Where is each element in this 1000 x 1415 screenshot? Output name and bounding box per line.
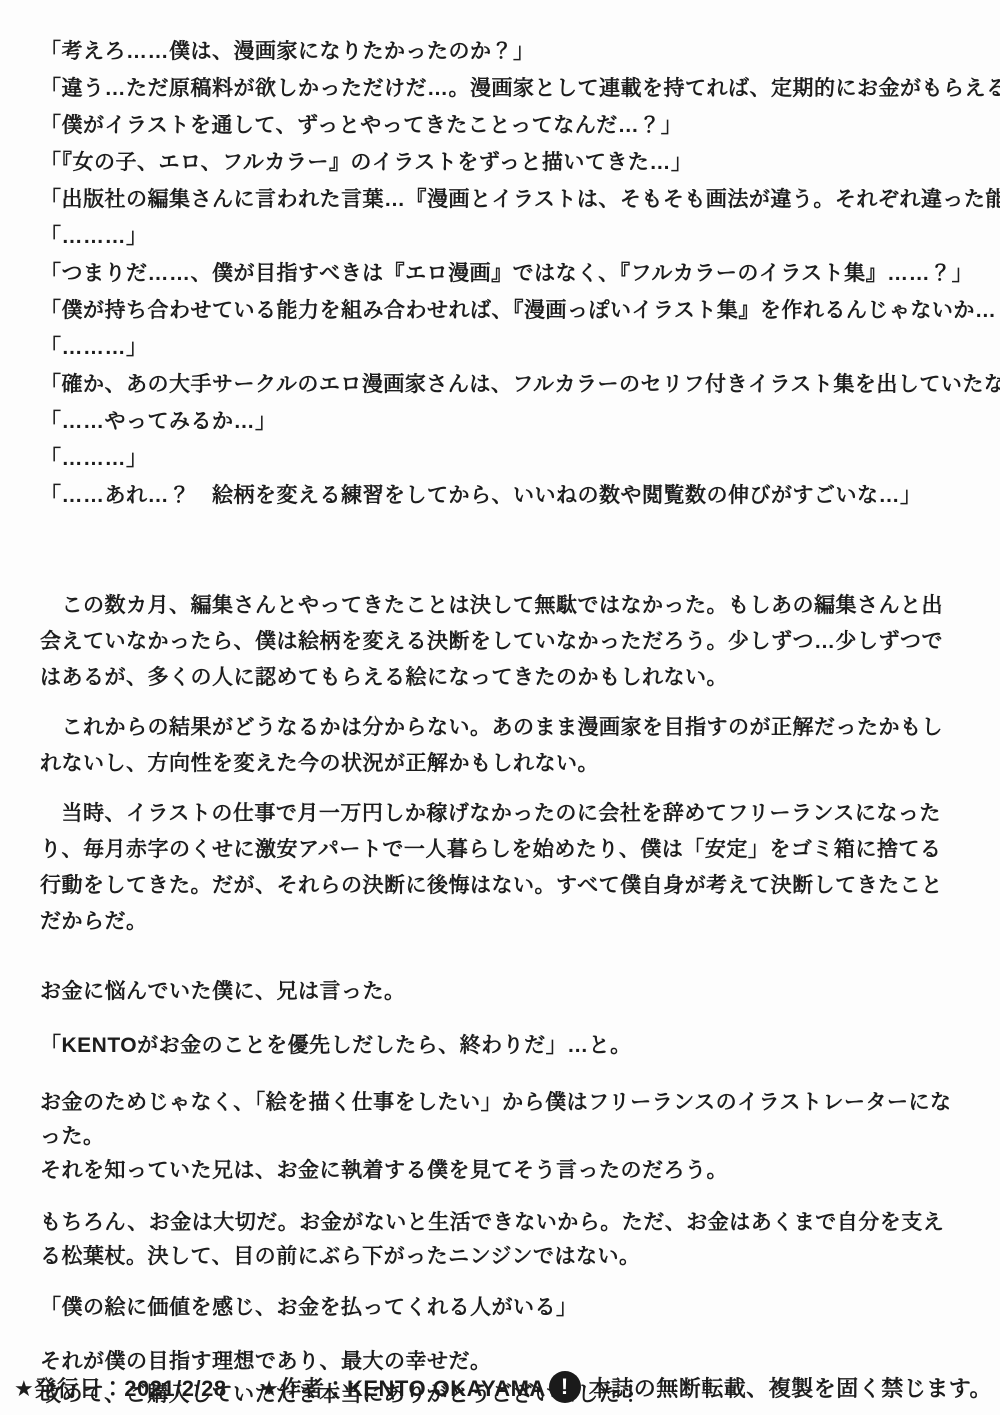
monologue-section: 「考えろ……僕は、漫画家になりたかったのか？」 「違う…ただ原稿料が欲しかっただ… [40,33,960,514]
publication-info: ★発行日：2021/2/28 ★作者：KENTO OKAYAMA [14,1372,546,1403]
brother-quote-line: 「KENTOがお金のことを優先しだしたら、終わりだ」…と。 [40,1028,960,1064]
copyright-warning: ! 本誌の無断転載、複製を固く禁じます。 [549,1371,992,1403]
exclamation-glyph: ! [561,1374,569,1400]
monologue-line-1: 「考えろ……僕は、漫画家になりたかったのか？」 [40,33,960,70]
monologue-line-9: 「………」 [40,329,960,366]
reflection-paragraph-3: 当時、イラストの仕事で月一万円しか稼げなかったのに会社を辞めてフリーランスになっ… [40,796,960,940]
monologue-line-10: 「確か、あの大手サークルのエロ漫画家さんは、フルカラーのセリフ付きイラスト集を出… [40,366,960,403]
freelance-reason-line: お金のためじゃなく、「絵を描く仕事をしたい」から僕はフリーランスのイラストレータ… [40,1086,960,1154]
monologue-line-6: 「………」 [40,218,960,255]
page-footer: ★発行日：2021/2/28 ★作者：KENTO OKAYAMA ! 本誌の無断… [14,1371,992,1403]
author-label: ★作者：KENTO OKAYAMA [259,1372,546,1403]
reflection-paragraph-1: この数カ月、編集さんとやってきたことは決して無駄ではなかった。もしあの編集さんと… [40,588,960,696]
afterword-page: 「考えろ……僕は、漫画家になりたかったのか？」 「違う…ただ原稿料が欲しかっただ… [0,0,1000,1415]
reflection-section: この数カ月、編集さんとやってきたことは決して無駄ではなかった。もしあの編集さんと… [40,588,960,940]
monologue-line-5: 「出版社の編集さんに言われた言葉…『漫画とイラストは、そもそも画法が違う。それぞ… [40,181,960,218]
monologue-line-7: 「つまりだ……、僕が目指すべきは『エロ漫画』ではなく、『フルカラーのイラスト集』… [40,255,960,292]
exclamation-circle-icon: ! [549,1371,581,1403]
reflection-paragraph-2: これからの結果がどうなるかは分からない。あのまま漫画家を目指すのが正解だったかも… [40,710,960,782]
monologue-line-8: 「僕が持ち合わせている能力を組み合わせれば、『漫画っぽいイラスト集』を作れるんじ… [40,292,960,329]
copyright-warning-text: 本誌の無断転載、複製を固く禁じます。 [589,1372,992,1403]
monologue-line-12: 「………」 [40,440,960,477]
issue-date-label: ★発行日：2021/2/28 [14,1372,227,1403]
monologue-line-2: 「違う…ただ原稿料が欲しかっただけだ…。漫画家として連載を持てれば、定期的にお金… [40,70,960,107]
monologue-line-4: 「『女の子、エロ、フルカラー』のイラストをずっと描いてきた…」 [40,144,960,181]
monologue-line-13: 「……あれ…？ 絵柄を変える練習をしてから、いいねの数や閲覧数の伸びがすごいな…… [40,477,960,514]
ideal-quote-line: 「僕の絵に価値を感じ、お金を払ってくれる人がいる」 [40,1291,960,1325]
monologue-line-11: 「……やってみるか…」 [40,403,960,440]
brother-intro-line: お金に悩んでいた僕に、兄は言った。 [40,974,960,1010]
brother-insight-line: それを知っていた兄は、お金に執着する僕を見てそう言ったのだろう。 [40,1154,960,1188]
money-section: お金に悩んでいた僕に、兄は言った。 「KENTOがお金のことを優先しだしたら、終… [40,974,960,1411]
money-view-paragraph: もちろん、お金は大切だ。お金がないと生活できないから。ただ、お金はあくまで自分を… [40,1206,960,1274]
monologue-line-3: 「僕がイラストを通して、ずっとやってきたことってなんだ…？」 [40,107,960,144]
